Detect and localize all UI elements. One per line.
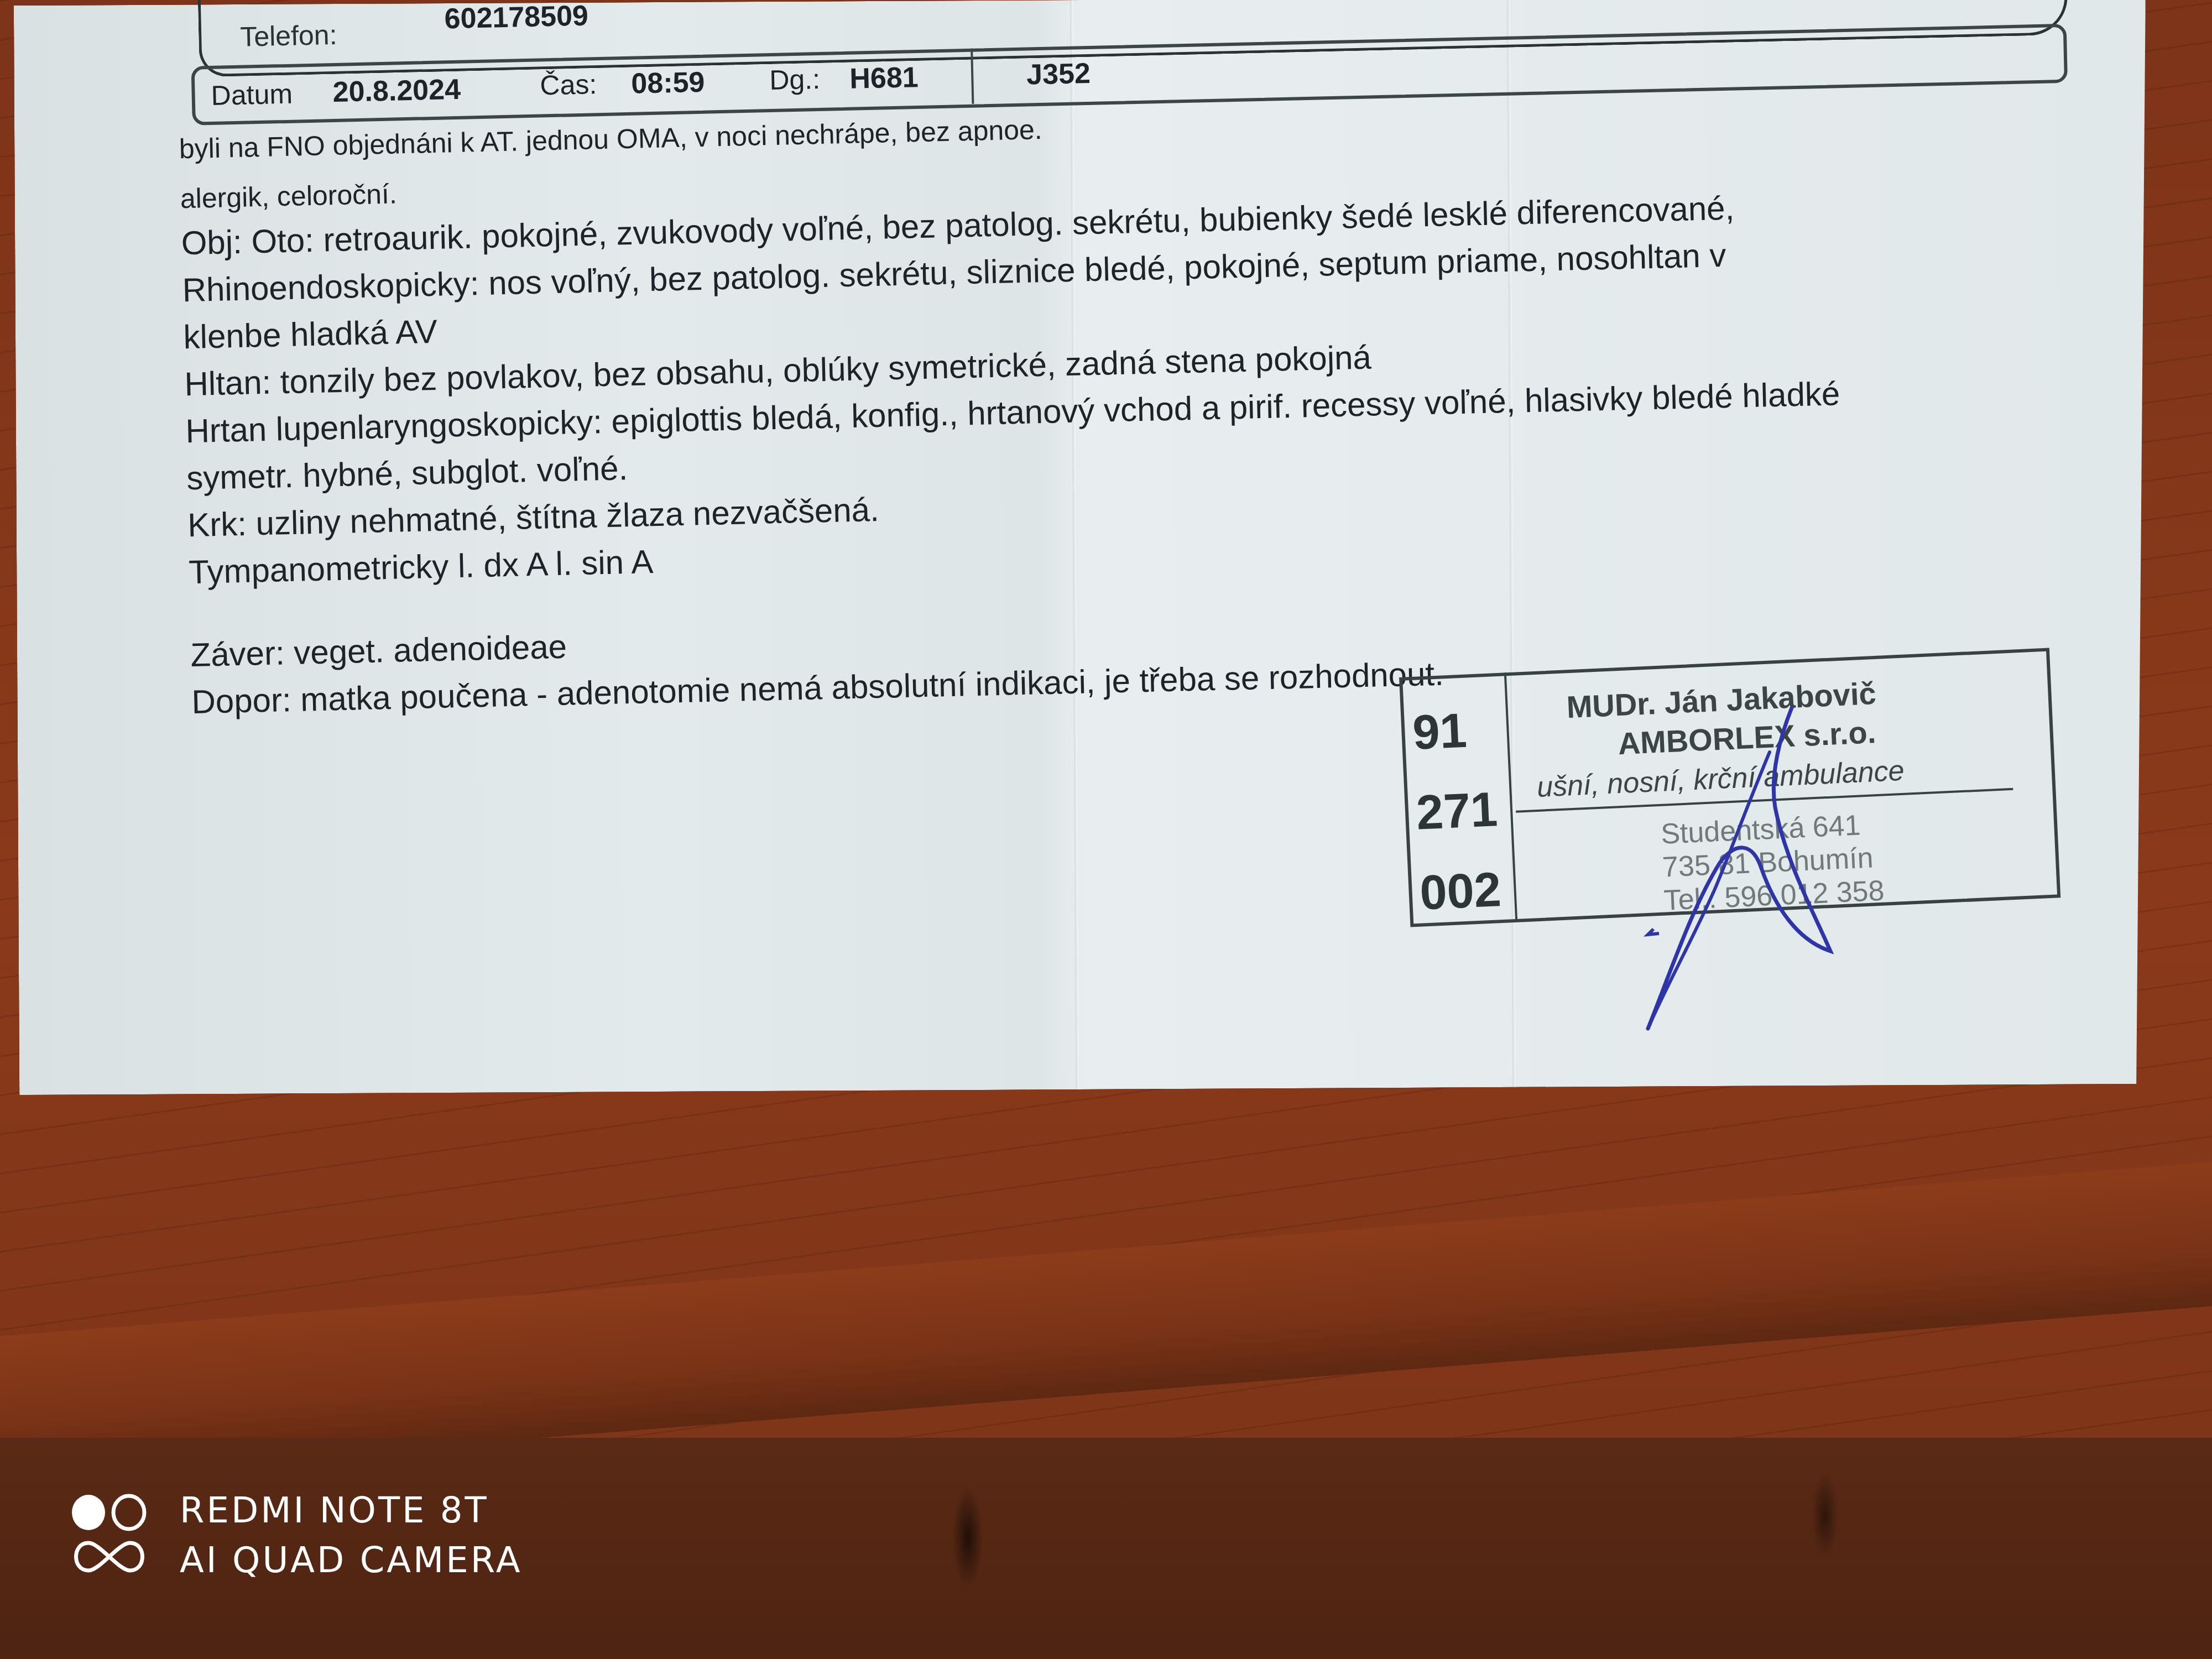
stamp-code-1: 91: [1411, 702, 1468, 761]
dg-primary-code: H681: [849, 61, 919, 96]
stamp-code-2: 271: [1415, 781, 1499, 841]
datum-value: 20.8.2024: [332, 73, 461, 109]
report-line: alergik, celoroční.: [180, 178, 397, 215]
doctor-stamp: 91 271 002 MUDr. Ján Jakabovič AMBORLEX …: [1399, 648, 2057, 926]
report-line: symetr. hybné, subglot. voľné.: [186, 449, 628, 497]
conclusion: Záver: veget. adenoideae: [190, 628, 567, 674]
report-line: Krk: uzliny nehmatné, štítna žlaza nezva…: [187, 491, 880, 544]
datum-label: Datum: [211, 78, 293, 112]
watermark-camera: AI QUAD CAMERA: [180, 1540, 522, 1581]
watermark-model: REDMI NOTE 8T: [180, 1490, 489, 1531]
report-line: klenbe hladká AV: [183, 312, 438, 356]
camera-watermark: REDMI NOTE 8T AI QUAD CAMERA: [69, 1493, 152, 1579]
telefon-value: 602178509: [444, 0, 589, 35]
stamp-code-3: 002: [1418, 861, 1502, 921]
dg-label: Dg.:: [769, 63, 821, 96]
redmi-camera-logo-icon: [69, 1493, 152, 1576]
telefon-label: Telefon:: [240, 19, 337, 53]
dg-secondary-code: J352: [1026, 57, 1091, 92]
report-content: Telefon: 602178509 Lekár: MUDr. Ján Jaka…: [0, 0, 2212, 1110]
cas-label: Čas:: [540, 68, 597, 101]
cas-value: 08:59: [631, 66, 705, 101]
report-line: Tympanometricky l. dx A l. sin A: [188, 542, 654, 591]
